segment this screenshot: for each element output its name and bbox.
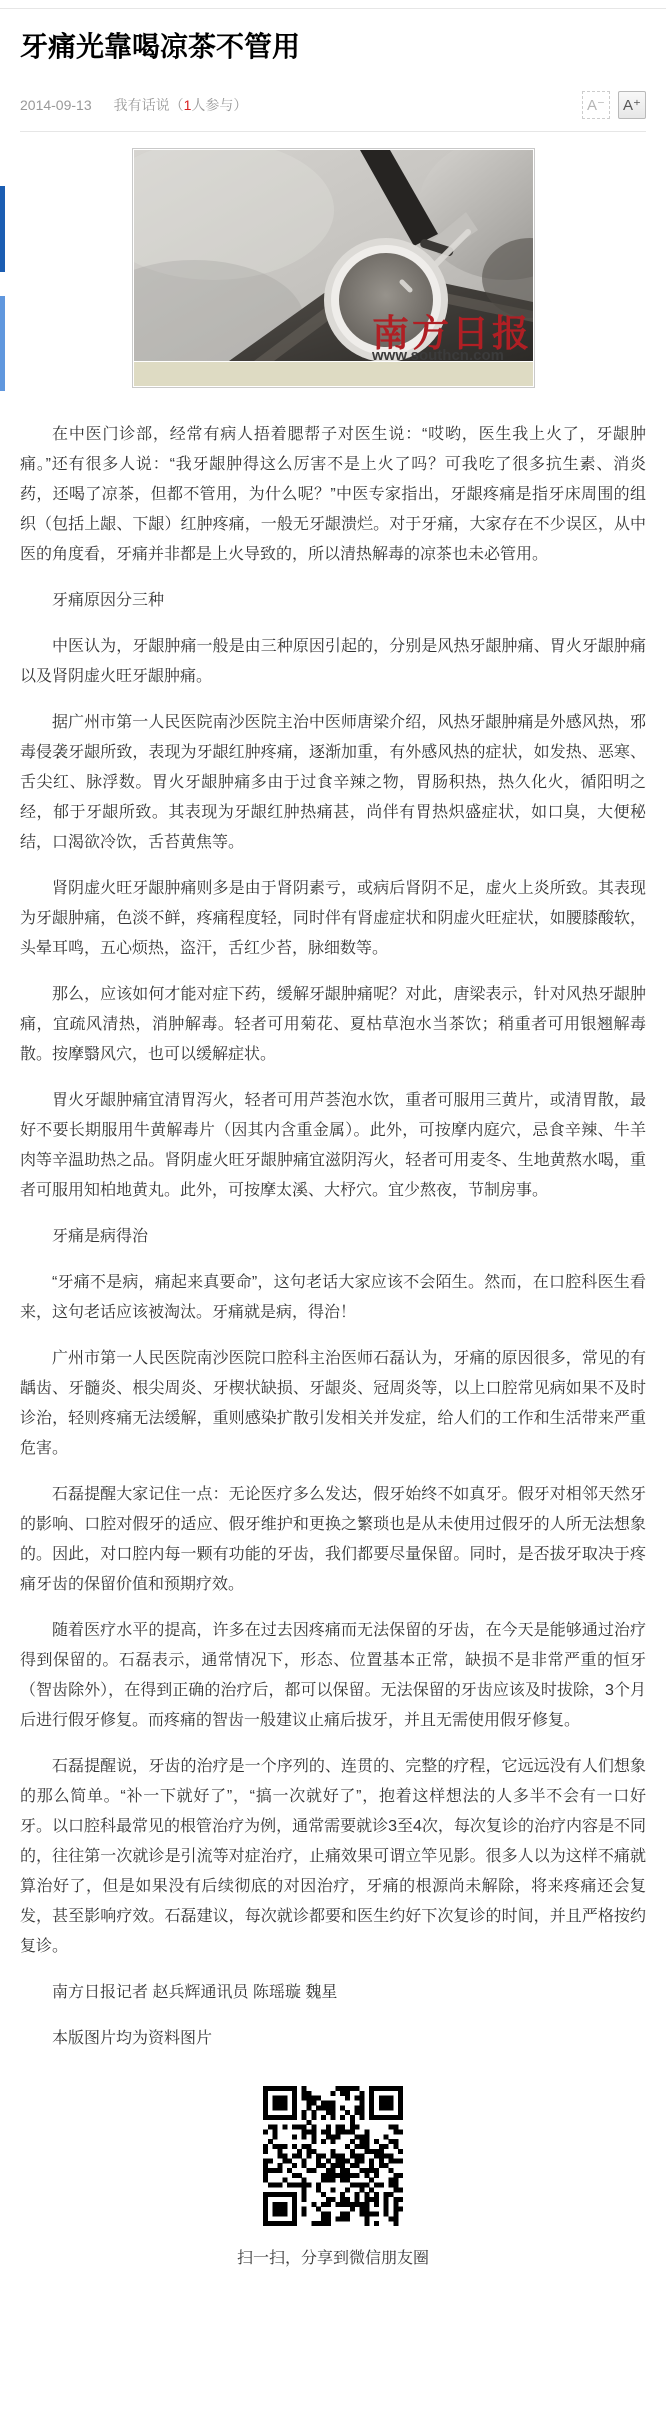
comments-suffix: 人参与） <box>191 97 247 113</box>
top-divider <box>0 8 666 9</box>
article-paragraph: 石磊提醒说，牙齿的治疗是一个序列的、连贯的、完整的疗程，它远远没有人们想象的那么… <box>20 1752 646 1962</box>
article-paragraph: 本版图片均为资料图片 <box>20 2024 646 2054</box>
article-paragraph: 肾阴虚火旺牙龈肿痛则多是由于肾阴素亏，或病后肾阴不足，虚火上炎所致。其表现为牙龈… <box>20 874 646 964</box>
article-body: 在中医门诊部，经常有病人捂着腮帮子对医生说：“哎哟，医生我上火了，牙龈肿痛。”还… <box>20 420 646 2054</box>
qr-section: 扫一扫，分享到微信朋友圈 <box>20 2078 646 2268</box>
header-divider <box>20 131 646 132</box>
article-subheading: 牙痛原因分三种 <box>20 586 646 616</box>
share-button-partial-1[interactable] <box>0 186 5 272</box>
article-paragraph: 据广州市第一人民医院南沙医院主治中医师唐梁介绍，风热牙龈肿痛是外感风热，邪毒侵袭… <box>20 708 646 858</box>
photo-watermark-url: www.southcn.com <box>371 347 504 361</box>
article-subheading: 牙痛是病得治 <box>20 1222 646 1252</box>
font-increase-button[interactable]: A⁺ <box>618 91 646 119</box>
font-size-controls: A⁻ A⁺ <box>582 91 646 119</box>
article-paragraph: 那么，应该如何才能对症下药，缓解牙龈肿痛呢？对此，唐梁表示，针对风热牙龈肿痛，宜… <box>20 980 646 1070</box>
article-paragraph: 南方日报记者 赵兵辉通讯员 陈瑶璇 魏星 <box>20 1978 646 2008</box>
article-paragraph: 中医认为，牙龈肿痛一般是由三种原因引起的，分别是风热牙龈肿痛、胃火牙龈肿痛以及肾… <box>20 632 646 692</box>
article-paragraph: 石磊提醒大家记住一点：无论医疗多么发达，假牙始终不如真牙。假牙对相邻天然牙的影响… <box>20 1480 646 1600</box>
article-meta: 2014-09-13我有话说（1人参与） A⁻ A⁺ <box>20 91 646 119</box>
font-decrease-button[interactable]: A⁻ <box>582 91 610 119</box>
qr-code <box>255 2078 411 2239</box>
share-button-partial-2[interactable] <box>0 296 5 391</box>
share-bar <box>0 186 5 391</box>
comments-link[interactable]: 我有话说（1人参与） <box>114 97 248 113</box>
article-paragraph: 胃火牙龈肿痛宜清胃泻火，轻者可用芦荟泡水饮，重者可服用三黄片，或清胃散，最好不要… <box>20 1086 646 1206</box>
comments-prefix: 我有话说（ <box>114 97 184 113</box>
article-paragraph: 在中医门诊部，经常有病人捂着腮帮子对医生说：“哎哟，医生我上火了，牙龈肿痛。”还… <box>20 420 646 570</box>
qr-caption: 扫一扫，分享到微信朋友圈 <box>20 2245 646 2268</box>
article-paragraph: “牙痛不是病，痛起来真要命”，这句老话大家应该不会陌生。然而，在口腔科医生看来，… <box>20 1268 646 1328</box>
article-photo: 南方日报 www.southcn.com <box>134 150 533 361</box>
photo-caption-bar <box>134 362 533 386</box>
article-figure: 南方日报 www.southcn.com <box>132 148 535 388</box>
article-paragraph: 广州市第一人民医院南沙医院口腔科主治医师石磊认为，牙痛的原因很多，常见的有龋齿、… <box>20 1344 646 1464</box>
publish-date: 2014-09-13 <box>20 97 92 113</box>
page-title: 牙痛光靠喝凉茶不管用 <box>20 29 646 65</box>
article-paragraph: 随着医疗水平的提高，许多在过去因疼痛而无法保留的牙齿，在今天是能够通过治疗得到保… <box>20 1616 646 1736</box>
